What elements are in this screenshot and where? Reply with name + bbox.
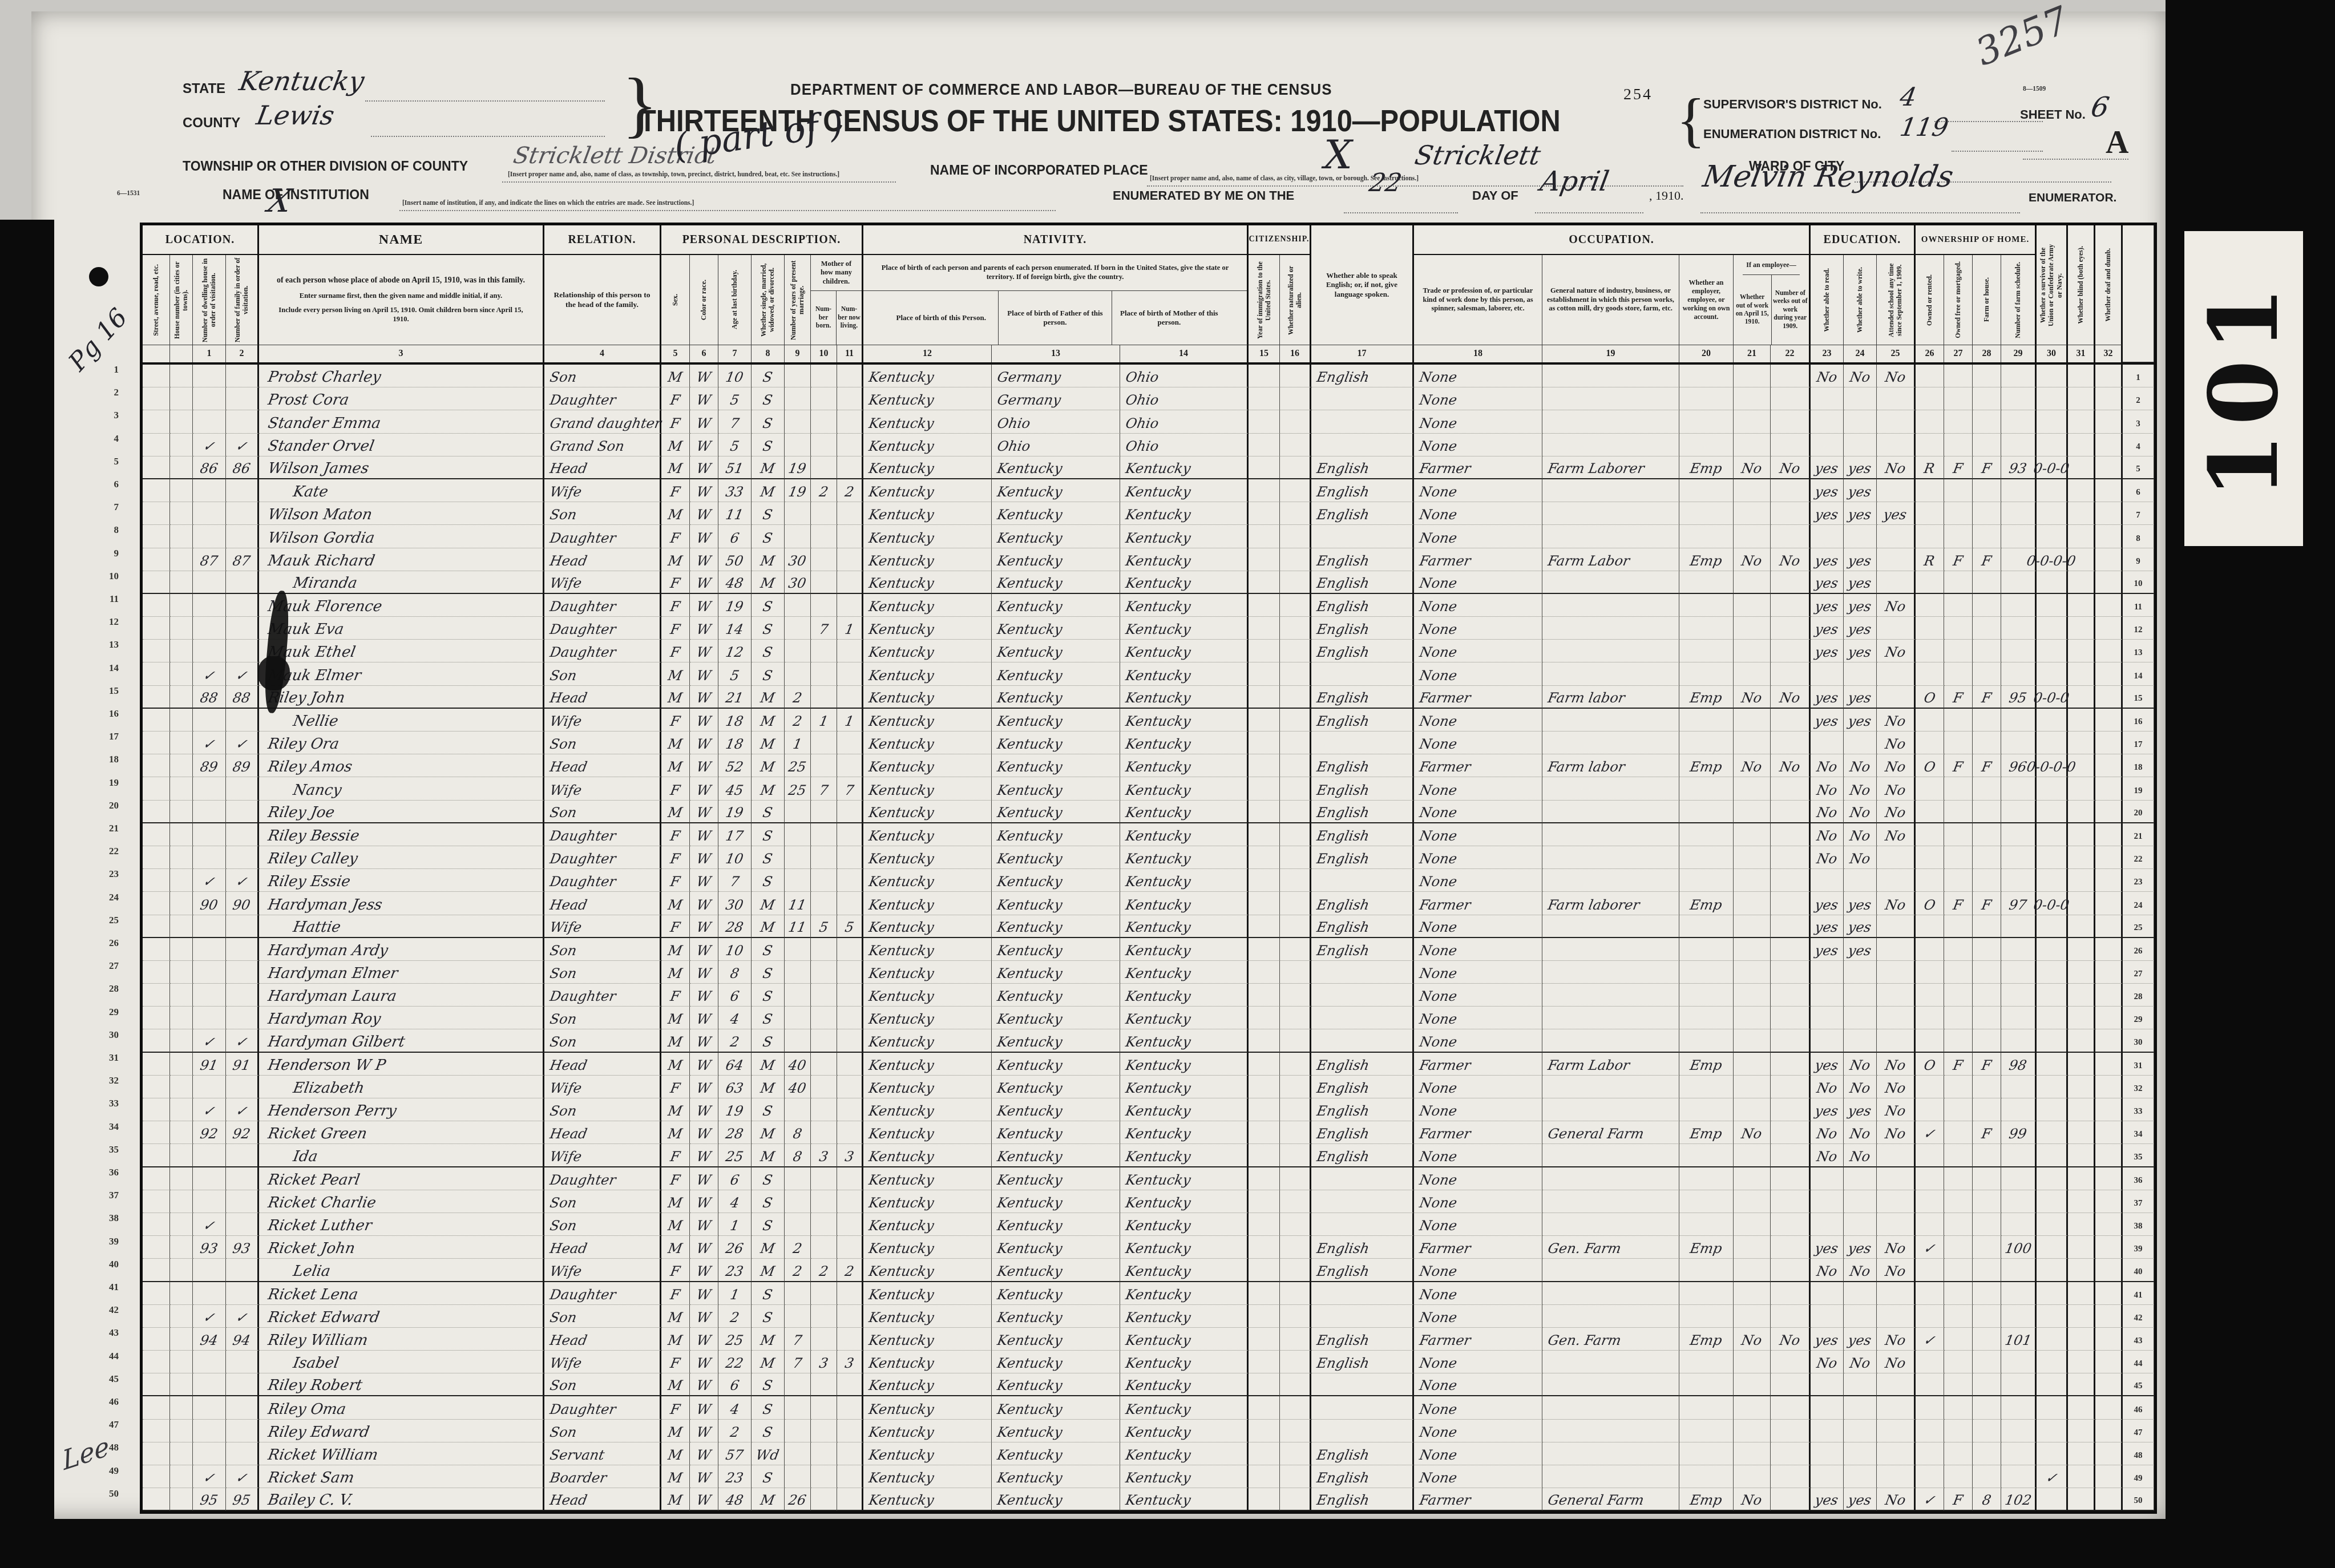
margin-line-number: 49 xyxy=(90,1465,119,1477)
cell-own xyxy=(1916,1351,1944,1373)
line-number: 16 xyxy=(2134,713,2143,731)
cell-ym xyxy=(785,846,811,869)
cell-house xyxy=(170,823,193,846)
line-number-cell: 42 xyxy=(2123,1305,2154,1328)
cell-pm: Kentucky xyxy=(1124,849,1193,868)
cell-fam: ✓ xyxy=(234,1308,249,1327)
cell-emp xyxy=(1679,1465,1734,1488)
cell-ym: 30 xyxy=(787,573,808,593)
cell-deaf xyxy=(2095,1121,2123,1144)
cell-fs xyxy=(2001,617,2037,640)
line-number: 24 xyxy=(2134,896,2143,915)
cell-eng: English xyxy=(1315,459,1371,478)
cell-mar: M xyxy=(752,777,785,800)
cell-dw: ✓ xyxy=(201,1101,216,1121)
cell-pm: Kentucky xyxy=(1124,642,1193,662)
cell-race: W xyxy=(690,548,718,571)
cell-cb xyxy=(811,1053,837,1076)
cell-mar: S xyxy=(761,1101,774,1121)
cell-imm xyxy=(1249,617,1280,640)
cell-nat xyxy=(1280,1420,1311,1442)
line-number: 44 xyxy=(2134,1355,2143,1373)
cell-dw xyxy=(193,915,226,938)
cell-mar: S xyxy=(752,1373,785,1396)
cell-cb xyxy=(811,1167,837,1190)
cell-vet xyxy=(2037,1029,2068,1052)
cell-fs xyxy=(2001,1076,2037,1098)
cell-house xyxy=(170,846,193,869)
cell-wr: yes xyxy=(1844,548,1877,571)
cell-fam xyxy=(226,410,259,433)
margin-line-number: 17 xyxy=(90,731,119,742)
cell-sex: M xyxy=(661,801,690,823)
cell-deaf xyxy=(2095,1328,2123,1351)
cell-pm: Kentucky xyxy=(1120,640,1249,662)
cell-pm: Kentucky xyxy=(1124,1056,1193,1075)
cell-dw: 93 xyxy=(193,1236,226,1259)
cell-age: 7 xyxy=(729,414,741,433)
cell-sex: M xyxy=(666,437,684,456)
cell-pob: Kentucky xyxy=(863,686,992,709)
cell-street xyxy=(143,823,170,846)
cell-fs xyxy=(2001,938,2037,961)
cell-pf: Kentucky xyxy=(996,1376,1064,1395)
cell-fam xyxy=(226,594,259,617)
cell-pf: Kentucky xyxy=(996,1193,1064,1213)
nativity-block: Place of birth of each person and parent… xyxy=(863,255,1249,345)
cell-mar: S xyxy=(761,1009,774,1029)
cell-pob: Kentucky xyxy=(867,414,936,433)
cell-eng xyxy=(1311,1167,1414,1190)
cell-eng xyxy=(1311,1420,1414,1442)
cell-vet: 0-0-0 xyxy=(2032,688,2071,708)
cell-emp: Emp xyxy=(1688,1239,1724,1258)
line-number-cell: 19 xyxy=(2123,777,2154,800)
margin-line-number: 48 xyxy=(90,1442,119,1453)
cell-nat xyxy=(1280,1305,1311,1328)
cell-name: Wilson James xyxy=(266,459,370,478)
cell-cb xyxy=(811,1305,837,1328)
cell-rel: Daughter xyxy=(548,849,617,868)
cell-own: ✓ xyxy=(1916,1328,1944,1351)
cell-sch: No xyxy=(1884,367,1907,387)
cell-pf: Kentucky xyxy=(992,1076,1120,1098)
cell-race: W xyxy=(690,984,718,1007)
cell-dw xyxy=(193,777,226,800)
cell-farm xyxy=(1973,938,2001,961)
cell-pm: Ohio xyxy=(1120,365,1249,387)
cell-pob: Kentucky xyxy=(863,365,992,387)
cell-mar: M xyxy=(752,571,785,594)
cell-race: W xyxy=(690,1121,718,1144)
cell-rd xyxy=(1811,1442,1844,1465)
cell-blind xyxy=(2068,365,2095,387)
cell-ym xyxy=(785,984,811,1007)
cell-farm xyxy=(1973,1144,2001,1167)
cell-wr: No xyxy=(1848,1124,1872,1143)
cell-rd: yes xyxy=(1811,1328,1844,1351)
cell-vet xyxy=(2037,571,2068,594)
cell-wo: No xyxy=(1771,548,1811,571)
cell-wr: No xyxy=(1844,365,1877,387)
cell-sex: F xyxy=(669,414,682,433)
cell-street xyxy=(143,617,170,640)
cell-trade: None xyxy=(1418,597,1459,616)
cell-ow xyxy=(1734,846,1771,869)
cell-pm: Kentucky xyxy=(1124,505,1193,524)
cell-fam: ✓ xyxy=(234,1468,249,1488)
cell-ow xyxy=(1734,410,1771,433)
cell-pob: Kentucky xyxy=(863,801,992,823)
cell-pf: Kentucky xyxy=(992,823,1120,846)
cell-rel: Son xyxy=(548,1193,578,1213)
cell-emp xyxy=(1679,1282,1734,1305)
cell-pf: Ohio xyxy=(992,410,1120,433)
cell-mar: S xyxy=(761,666,774,685)
cell-dw xyxy=(193,594,226,617)
cell-pob: Kentucky xyxy=(867,390,936,410)
cell-sch: No xyxy=(1884,826,1907,846)
cell-wr: No xyxy=(1848,781,1872,800)
cell-wo xyxy=(1771,777,1811,800)
cell-mar: S xyxy=(752,594,785,617)
cell-rel: Head xyxy=(544,1121,661,1144)
cell-ow xyxy=(1734,594,1771,617)
cell-race: W xyxy=(695,872,713,891)
cell-rel: Head xyxy=(544,754,661,777)
cell-sex: M xyxy=(666,688,684,708)
cell-sch: No xyxy=(1877,640,1916,662)
cell-mar: M xyxy=(752,1259,785,1282)
line-number-cell: 48 xyxy=(2123,1442,2154,1465)
line-number-cell: 10 xyxy=(2123,571,2154,594)
cell-race: W xyxy=(690,1282,718,1305)
cell-rel: Daughter xyxy=(544,984,661,1007)
cell-name: Miranda xyxy=(259,571,544,594)
cell-ind: Farm labor xyxy=(1542,686,1679,709)
cell-pob: Kentucky xyxy=(863,1351,992,1373)
cell-cb xyxy=(811,1282,837,1305)
cell-rd: yes xyxy=(1813,642,1840,662)
cell-race: W xyxy=(695,826,713,846)
cell-sex: M xyxy=(666,1124,684,1143)
cell-age: 63 xyxy=(718,1076,752,1098)
col-farm-header: Farm or house. xyxy=(1973,255,2001,345)
cell-ow xyxy=(1734,1098,1771,1121)
cell-pob: Kentucky xyxy=(863,479,992,502)
cell-vet xyxy=(2037,938,2068,961)
cell-rel: Daughter xyxy=(544,525,661,548)
cell-nat xyxy=(1280,1259,1311,1282)
cell-emp xyxy=(1679,1076,1734,1098)
cell-rel: Servant xyxy=(548,1445,606,1465)
cell-wr: yes xyxy=(1844,1328,1877,1351)
cell-sch: No xyxy=(1877,709,1916,732)
cell-vet xyxy=(2037,1282,2068,1305)
line-number-cell: 7 xyxy=(2123,502,2154,525)
cell-emp: Emp xyxy=(1688,1056,1724,1075)
cell-mar: S xyxy=(761,1216,774,1235)
cell-blind xyxy=(2068,777,2095,800)
cell-sex: F xyxy=(669,597,682,616)
cell-ind xyxy=(1542,1465,1679,1488)
cell-imm xyxy=(1249,1442,1280,1465)
cell-blind xyxy=(2068,892,2095,915)
cell-sch xyxy=(1877,1420,1916,1442)
cell-rd: No xyxy=(1811,1259,1844,1282)
cell-pob: Kentucky xyxy=(863,525,992,548)
cell-rel: Daughter xyxy=(548,390,617,410)
cell-pm: Ohio xyxy=(1120,387,1249,410)
cell-cl xyxy=(837,1076,863,1098)
line-number-cell: 22 xyxy=(2123,846,2154,869)
cell-imm xyxy=(1249,1076,1280,1098)
cell-rel: Daughter xyxy=(548,987,617,1006)
cell-race: W xyxy=(690,1007,718,1029)
line-number-cell: 11 xyxy=(2123,594,2154,617)
line-number: 32 xyxy=(2134,1080,2143,1098)
cell-pm: Kentucky xyxy=(1120,1053,1249,1076)
cell-farm xyxy=(1973,1076,2001,1098)
cell-trade: None xyxy=(1414,387,1542,410)
cell-trade: None xyxy=(1414,1351,1542,1373)
cell-mar: S xyxy=(761,505,774,524)
cell-cl xyxy=(837,1236,863,1259)
cell-ind xyxy=(1542,640,1679,662)
cell-sex: F xyxy=(669,918,682,937)
cell-pm: Kentucky xyxy=(1124,1353,1193,1373)
cell-name: Bailey C. V. xyxy=(259,1488,544,1511)
line-number-cell: 24 xyxy=(2123,892,2154,915)
cell-free xyxy=(1944,479,1973,502)
cell-street xyxy=(143,686,170,709)
cell-emp xyxy=(1679,709,1734,732)
cell-race: W xyxy=(690,617,718,640)
cell-house xyxy=(170,525,193,548)
cell-sex: M xyxy=(661,1305,690,1328)
cell-pm: Kentucky xyxy=(1124,895,1193,915)
cell-sex: F xyxy=(661,1282,690,1305)
cell-imm xyxy=(1249,1098,1280,1121)
cell-pob: Kentucky xyxy=(867,367,936,387)
line-number-cell: 29 xyxy=(2123,1007,2154,1029)
cell-ow xyxy=(1734,365,1771,387)
cell-pm: Kentucky xyxy=(1120,869,1249,892)
cell-name: Stander Emma xyxy=(259,410,544,433)
cell-dw xyxy=(193,365,226,387)
cell-ow xyxy=(1734,892,1771,915)
cell-sex: F xyxy=(669,1078,682,1098)
cell-age: 5 xyxy=(718,434,752,456)
col-marital-header: Whether single, married, widowed, or div… xyxy=(752,255,785,345)
cell-trade: None xyxy=(1418,1147,1459,1166)
cell-mar: M xyxy=(759,1262,777,1281)
cell-blind xyxy=(2068,640,2095,662)
cell-street xyxy=(143,1259,170,1282)
cell-free: F xyxy=(1944,754,1973,777)
cell-nat xyxy=(1280,594,1311,617)
cell-rel: Wife xyxy=(548,781,583,800)
cell-name: Riley Bessie xyxy=(259,823,544,846)
cell-farm: F xyxy=(1980,1124,1993,1143)
cell-cl xyxy=(837,961,863,984)
line-number: 40 xyxy=(2134,1263,2143,1281)
cell-wo xyxy=(1771,1420,1811,1442)
cell-ow: No xyxy=(1740,1331,1763,1350)
cell-mar: S xyxy=(752,1190,785,1213)
cell-mar: S xyxy=(752,502,785,525)
cell-race: W xyxy=(695,1032,713,1052)
cell-rel: Head xyxy=(544,1328,661,1351)
cell-fam: ✓ xyxy=(226,869,259,892)
cell-cl xyxy=(837,456,863,479)
cell-fs xyxy=(2001,709,2037,732)
cell-race: W xyxy=(695,620,713,639)
cell-fam: 89 xyxy=(231,757,252,777)
cell-deaf xyxy=(2095,732,2123,754)
cell-rd xyxy=(1811,1465,1844,1488)
cell-race: W xyxy=(695,642,713,662)
cell-emp xyxy=(1679,571,1734,594)
cell-wo: No xyxy=(1771,754,1811,777)
cell-imm xyxy=(1249,709,1280,732)
cell-pf: Kentucky xyxy=(992,1396,1120,1419)
cell-deaf xyxy=(2095,365,2123,387)
cell-mar: S xyxy=(752,938,785,961)
cell-free xyxy=(1944,617,1973,640)
cell-trade: None xyxy=(1414,1373,1542,1396)
cell-pob: Kentucky xyxy=(863,1420,992,1442)
cell-wr: yes xyxy=(1847,597,1873,616)
cell-age: 50 xyxy=(724,551,745,571)
cell-cb xyxy=(811,1121,837,1144)
cell-street xyxy=(143,846,170,869)
cell-eng: English xyxy=(1311,801,1414,823)
cell-pob: Kentucky xyxy=(863,892,992,915)
cell-cl xyxy=(837,365,863,387)
cell-pf: Kentucky xyxy=(992,686,1120,709)
enumerator-label: ENUMERATOR. xyxy=(2029,191,2116,205)
cell-wr: yes xyxy=(1844,640,1877,662)
cell-fam: 94 xyxy=(231,1331,252,1350)
cell-sex: M xyxy=(666,1376,684,1395)
cell-emp: Emp xyxy=(1679,548,1734,571)
cell-sch xyxy=(1877,617,1916,640)
cell-trade: None xyxy=(1418,872,1459,891)
cell-sex: F xyxy=(661,1144,690,1167)
cell-ind xyxy=(1542,732,1679,754)
line-number: 48 xyxy=(2134,1446,2143,1465)
column-number: 25 xyxy=(1877,345,1916,362)
cell-free: F xyxy=(1944,1488,1973,1511)
column-number: 20 xyxy=(1679,345,1734,362)
cell-mar: S xyxy=(761,1032,774,1052)
cell-vet xyxy=(2037,1420,2068,1442)
cell-wo xyxy=(1771,1305,1811,1328)
cell-sch: No xyxy=(1884,1056,1907,1075)
cell-nat xyxy=(1280,1488,1311,1511)
cell-sex: F xyxy=(661,777,690,800)
cell-rd: yes xyxy=(1813,895,1840,915)
cell-farm: F xyxy=(1973,456,2001,479)
cell-rd xyxy=(1811,984,1844,1007)
cell-pob: Kentucky xyxy=(867,551,936,571)
line-number: 29 xyxy=(2134,1011,2143,1029)
cell-trade: None xyxy=(1418,826,1459,846)
cell-sex: F xyxy=(661,1167,690,1190)
col-school-header: Attended school any time since Sep­tembe… xyxy=(1877,255,1916,345)
cell-eng: English xyxy=(1311,892,1414,915)
cell-age: 1 xyxy=(718,1282,752,1305)
cell-name: Nancy xyxy=(292,781,343,800)
cell-eng: English xyxy=(1311,709,1414,732)
cell-house xyxy=(170,1076,193,1098)
margin-line-number: 34 xyxy=(90,1121,119,1133)
cell-name: Wilson Gordia xyxy=(259,525,544,548)
cell-dw xyxy=(193,502,226,525)
cell-rel: Son xyxy=(544,365,661,387)
cell-name: Stander Orvel xyxy=(259,434,544,456)
cell-sch: No xyxy=(1884,1101,1907,1121)
cell-race: W xyxy=(690,1396,718,1419)
cell-imm xyxy=(1249,686,1280,709)
cell-cb xyxy=(811,1465,837,1488)
cell-pf: Kentucky xyxy=(992,479,1120,502)
cell-sch: No xyxy=(1884,1490,1907,1510)
cell-ind xyxy=(1542,846,1679,869)
cell-name: Wilson Maton xyxy=(259,502,544,525)
cell-free xyxy=(1944,640,1973,662)
cell-fs xyxy=(2001,434,2037,456)
cell-blind xyxy=(2068,571,2095,594)
cell-age: 30 xyxy=(718,892,752,915)
cell-pm: Kentucky xyxy=(1124,1490,1193,1510)
cell-sch: No xyxy=(1877,732,1916,754)
cell-age: 6 xyxy=(718,525,752,548)
cell-street xyxy=(143,548,170,571)
cell-ow xyxy=(1734,1420,1771,1442)
film-frame-number-box: 101 xyxy=(2184,231,2303,546)
cell-cl: 1 xyxy=(837,709,863,732)
cell-pm: Kentucky xyxy=(1120,1167,1249,1190)
line-number-cell: 14 xyxy=(2123,662,2154,685)
cell-pf: Kentucky xyxy=(996,781,1064,800)
cell-ow xyxy=(1734,434,1771,456)
cell-emp xyxy=(1679,1007,1734,1029)
cell-pf: Kentucky xyxy=(992,571,1120,594)
cell-race: W xyxy=(695,1239,713,1258)
cell-farm xyxy=(1973,525,2001,548)
line-number-cell: 23 xyxy=(2123,869,2154,892)
cell-pob: Kentucky xyxy=(867,849,936,868)
cell-cb xyxy=(811,548,837,571)
cell-deaf xyxy=(2095,869,2123,892)
cell-eng: English xyxy=(1311,365,1414,387)
col-mother-header: Mother of how many children. Num­ber bor… xyxy=(811,255,863,345)
cell-rel: Daughter xyxy=(548,1285,617,1304)
cell-race: W xyxy=(690,640,718,662)
cell-pm: Kentucky xyxy=(1124,666,1193,685)
cell-trade: None xyxy=(1414,1259,1542,1282)
cell-street xyxy=(143,456,170,479)
cell-wo xyxy=(1771,869,1811,892)
line-number-cell: 13 xyxy=(2123,640,2154,662)
cell-name: Miranda xyxy=(292,573,359,593)
cell-deaf xyxy=(2095,1029,2123,1052)
cell-sex: M xyxy=(661,686,690,709)
cell-farm xyxy=(1973,640,2001,662)
cell-vet xyxy=(2037,709,2068,732)
